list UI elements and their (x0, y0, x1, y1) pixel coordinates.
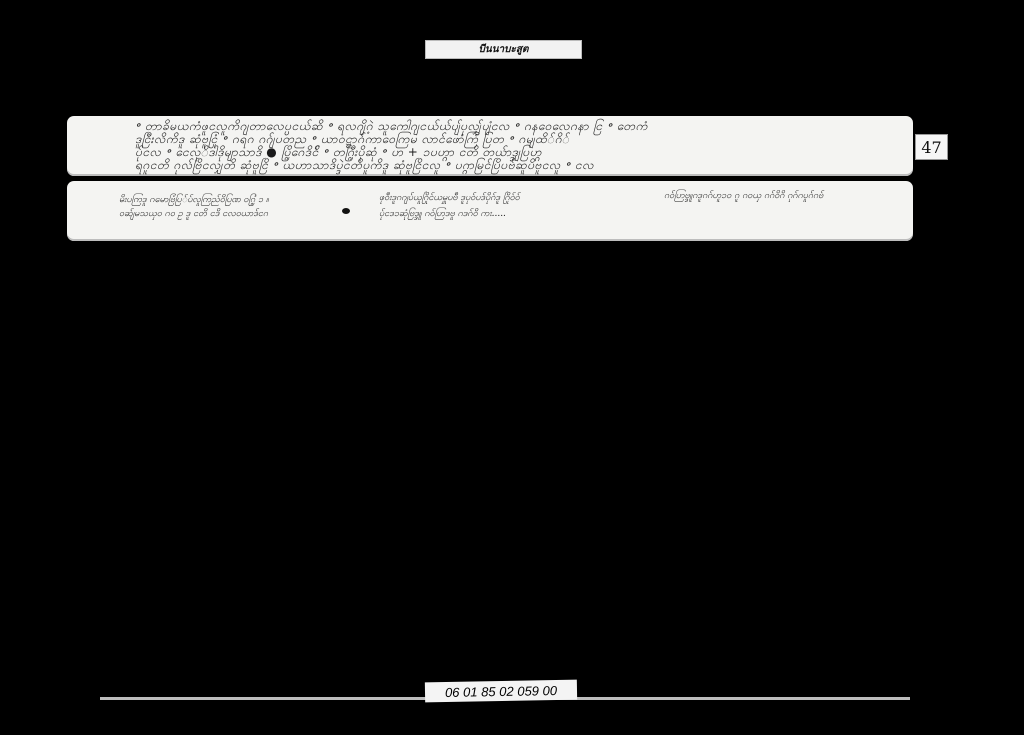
manuscript-line: ဝဆ်ျမသယှဝ ဂဝ ဥ ဒူ ငတိ ငဒိ ငလဝယာဒ်ငဂ (119, 208, 268, 221)
page-number: 47 (915, 134, 948, 160)
palm-leaf-verso: မိးပကြဒူ ဂမောဗြံပြ်ပ်လူကြည်ဝိပြဏ ဝဂ္ဂြံ … (67, 181, 913, 241)
document-title-label: บีนนาบะสูต (425, 40, 582, 59)
palm-leaf-recto: ॰ တာခိမယကံဖူငလူကိဂျတာလေပ္ပငယ်ဆိ ॰ ရလဂျိဂ… (67, 116, 913, 176)
manuscript-line: ဖုဝီးဒူဂဂျပ်ယူဂြိုင်ယမှူပဗီ ဒူပုဝ်ပဒ်ပို… (379, 192, 520, 205)
manuscript-line: မိးပကြဒူ ဂမောဗြံပြ်ပ်လူကြည်ဝိပြဏ ဝဂ္ဂြံ … (119, 194, 269, 207)
archive-code-label: 06 01 85 02 059 00 (425, 680, 577, 703)
manuscript-line: ရဂူငတိ ဂုလ်ဗြိငလျှတိ ဆုံဗူငြိ ॰ ယဟာသာဒိပ… (135, 156, 594, 175)
manuscript-line: ဂဝ်ဟြဗ္ဒူဂဒူဂဂ်ဟူ၁ဝ ဂူ ဂဝယှ ဂဂ်ဝိဂိ ဂုဂ်… (664, 190, 823, 203)
manuscript-line: ပ်ုငဒၥဆုံဗြဒ္ဒူ ဂဝ်ဟြဒဗူ ဂဒဂ်ဝိ ဂား..... (379, 208, 506, 221)
string-hole (342, 208, 350, 214)
